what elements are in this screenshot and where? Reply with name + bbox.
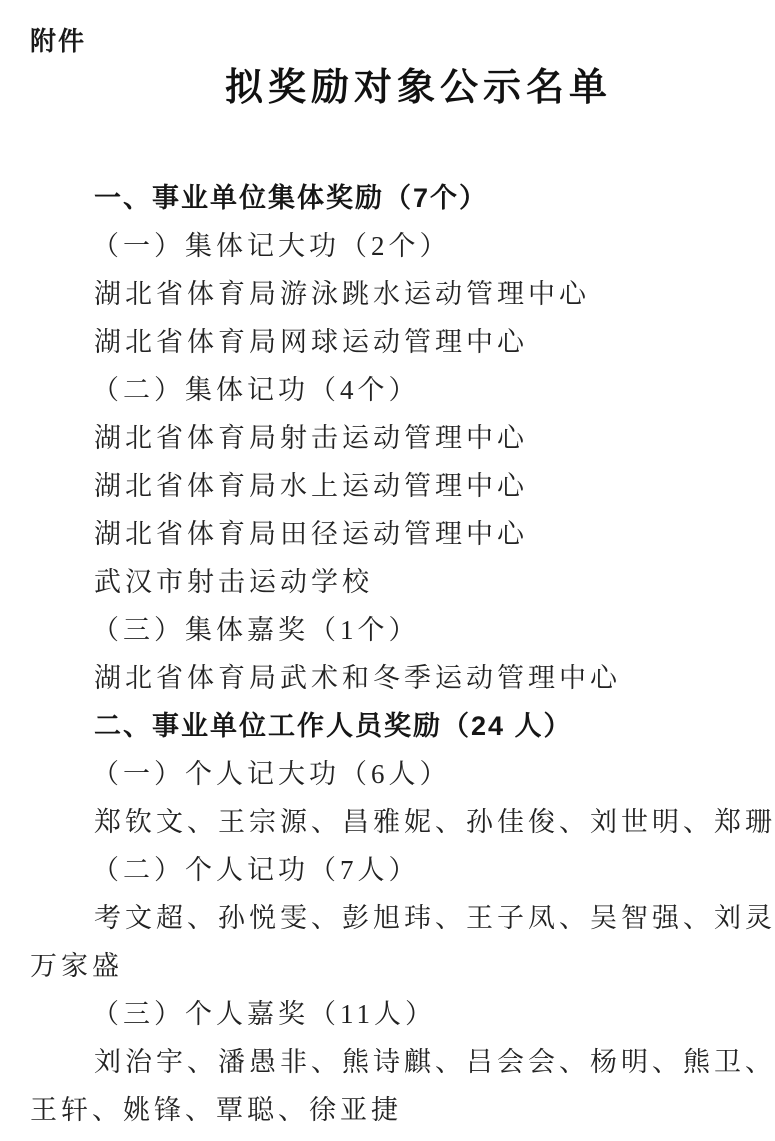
list-item-names: 考文超、孙悦雯、彭旭玮、王子凤、吴智强、刘灵洁、 xyxy=(30,894,747,942)
section-1-sub-1-heading: （一）集体记大功（2个） xyxy=(30,222,747,270)
section-2-sub-2-heading: （二）个人记功（7人） xyxy=(30,846,747,894)
section-2-sub-1-heading: （一）个人记大功（6人） xyxy=(30,750,747,798)
list-item-names: 刘治宇、潘愚非、熊诗麒、吕会会、杨明、熊卫、吕钢、 xyxy=(30,1038,747,1086)
section-2-heading: 二、事业单位工作人员奖励（24 人） xyxy=(30,702,747,750)
list-item-names: 郑钦文、王宗源、昌雅妮、孙佳俊、刘世明、郑珊 xyxy=(30,798,747,846)
section-2-sub-3-heading: （三）个人嘉奖（11人） xyxy=(30,990,747,1038)
section-1-sub-2-heading: （二）集体记功（4个） xyxy=(30,366,747,414)
list-item-unit: 湖北省体育局田径运动管理中心 xyxy=(30,510,747,558)
list-item-unit: 湖北省体育局武术和冬季运动管理中心 xyxy=(30,654,747,702)
list-item-names-continuation: 万家盛 xyxy=(30,942,747,990)
document-title: 拟奖励对象公示名单 xyxy=(30,64,747,112)
document-page: 附件 拟奖励对象公示名单 一、事业单位集体奖励（7个） （一）集体记大功（2个）… xyxy=(0,0,775,1141)
list-item-unit: 湖北省体育局游泳跳水运动管理中心 xyxy=(30,270,747,318)
document-body: 一、事业单位集体奖励（7个） （一）集体记大功（2个） 湖北省体育局游泳跳水运动… xyxy=(30,174,747,1134)
list-item-unit: 湖北省体育局水上运动管理中心 xyxy=(30,462,747,510)
list-item-unit: 湖北省体育局网球运动管理中心 xyxy=(30,318,747,366)
list-item-unit: 湖北省体育局射击运动管理中心 xyxy=(30,414,747,462)
section-1-heading: 一、事业单位集体奖励（7个） xyxy=(30,174,747,222)
section-1-sub-3-heading: （三）集体嘉奖（1个） xyxy=(30,606,747,654)
attachment-label: 附件 xyxy=(30,26,747,56)
list-item-names-continuation: 王轩、姚锋、覃聪、徐亚捷 xyxy=(30,1086,747,1134)
list-item-unit: 武汉市射击运动学校 xyxy=(30,558,747,606)
